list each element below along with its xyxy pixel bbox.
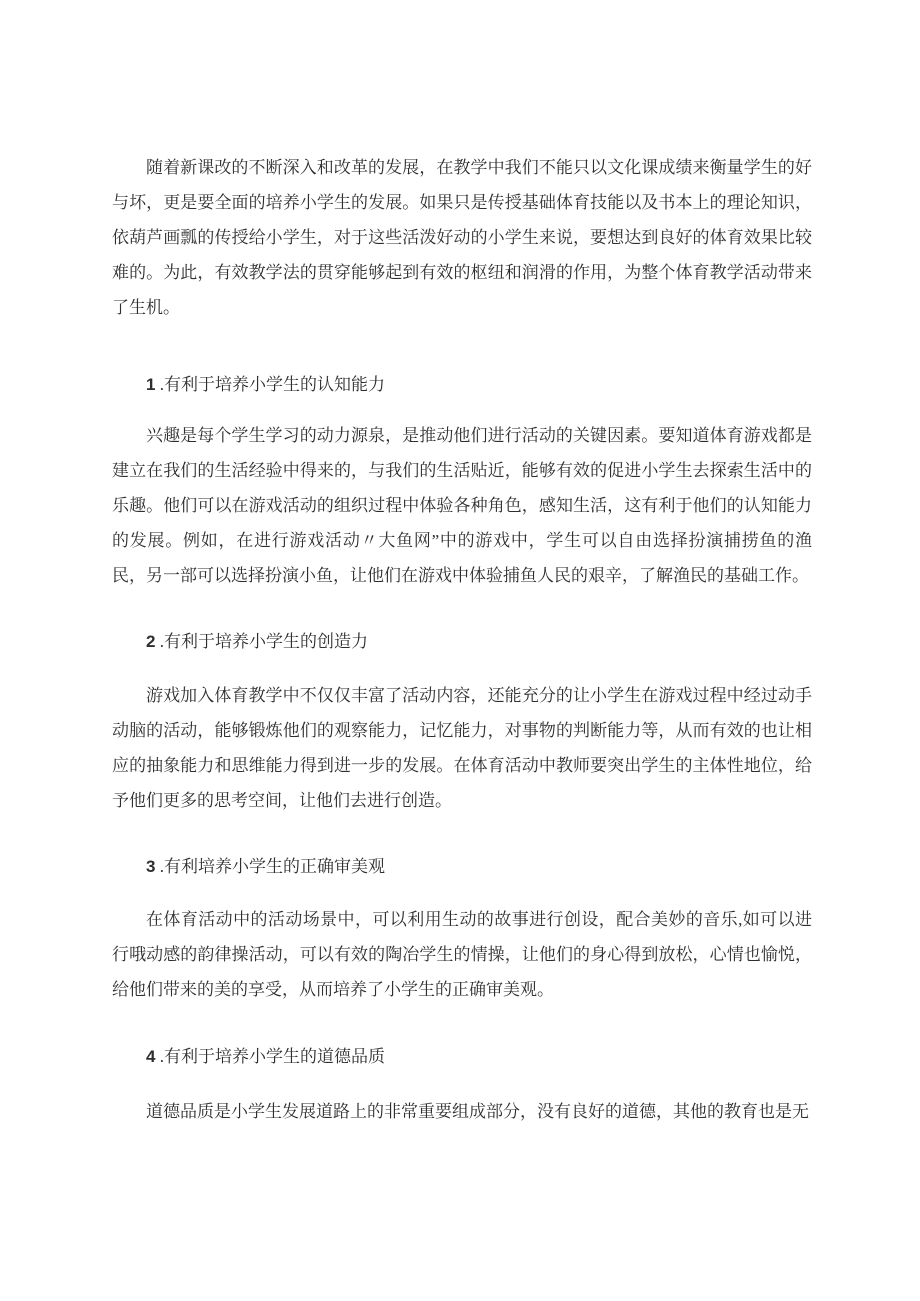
- section-2-paragraph: 游戏加入体育教学中不仅仅丰富了活动内容，还能充分的让小学生在游戏过程中经过动手动…: [112, 678, 812, 818]
- section-2-heading: 2 .有利于培养小学生的创造力: [112, 624, 846, 659]
- section-4-heading: 4 .有利于培养小学生的道德品质: [112, 1039, 846, 1074]
- section-3-heading-text: .有利培养小学生的正确审美观: [155, 857, 385, 876]
- section-4-paragraph: 道德品质是小学生发展道路上的非常重要组成部分，没有良好的道德，其他的教育也是无: [112, 1094, 812, 1129]
- section-1-paragraph: 兴趣是每个学生学习的动力源泉，是推动他们进行活动的关键因素。要知道体育游戏都是建…: [112, 418, 812, 593]
- section-3-heading: 3 .有利培养小学生的正确审美观: [112, 849, 846, 884]
- section-1-heading-text: .有利于培养小学生的认知能力: [155, 375, 385, 394]
- section-3-paragraph: 在体育活动中的活动场景中，可以利用生动的故事进行创设，配合美妙的音乐,如可以进行…: [112, 902, 812, 1007]
- intro-paragraph: 随着新课改的不断深入和改革的发展，在教学中我们不能只以文化课成绩来衡量学生的好与…: [112, 150, 812, 325]
- section-4-heading-text: .有利于培养小学生的道德品质: [155, 1047, 385, 1066]
- section-2-heading-text: .有利于培养小学生的创造力: [155, 632, 368, 651]
- section-1-heading: 1 .有利于培养小学生的认知能力: [112, 367, 846, 402]
- document-page: 随着新课改的不断深入和改革的发展，在教学中我们不能只以文化课成绩来衡量学生的好与…: [0, 0, 920, 1301]
